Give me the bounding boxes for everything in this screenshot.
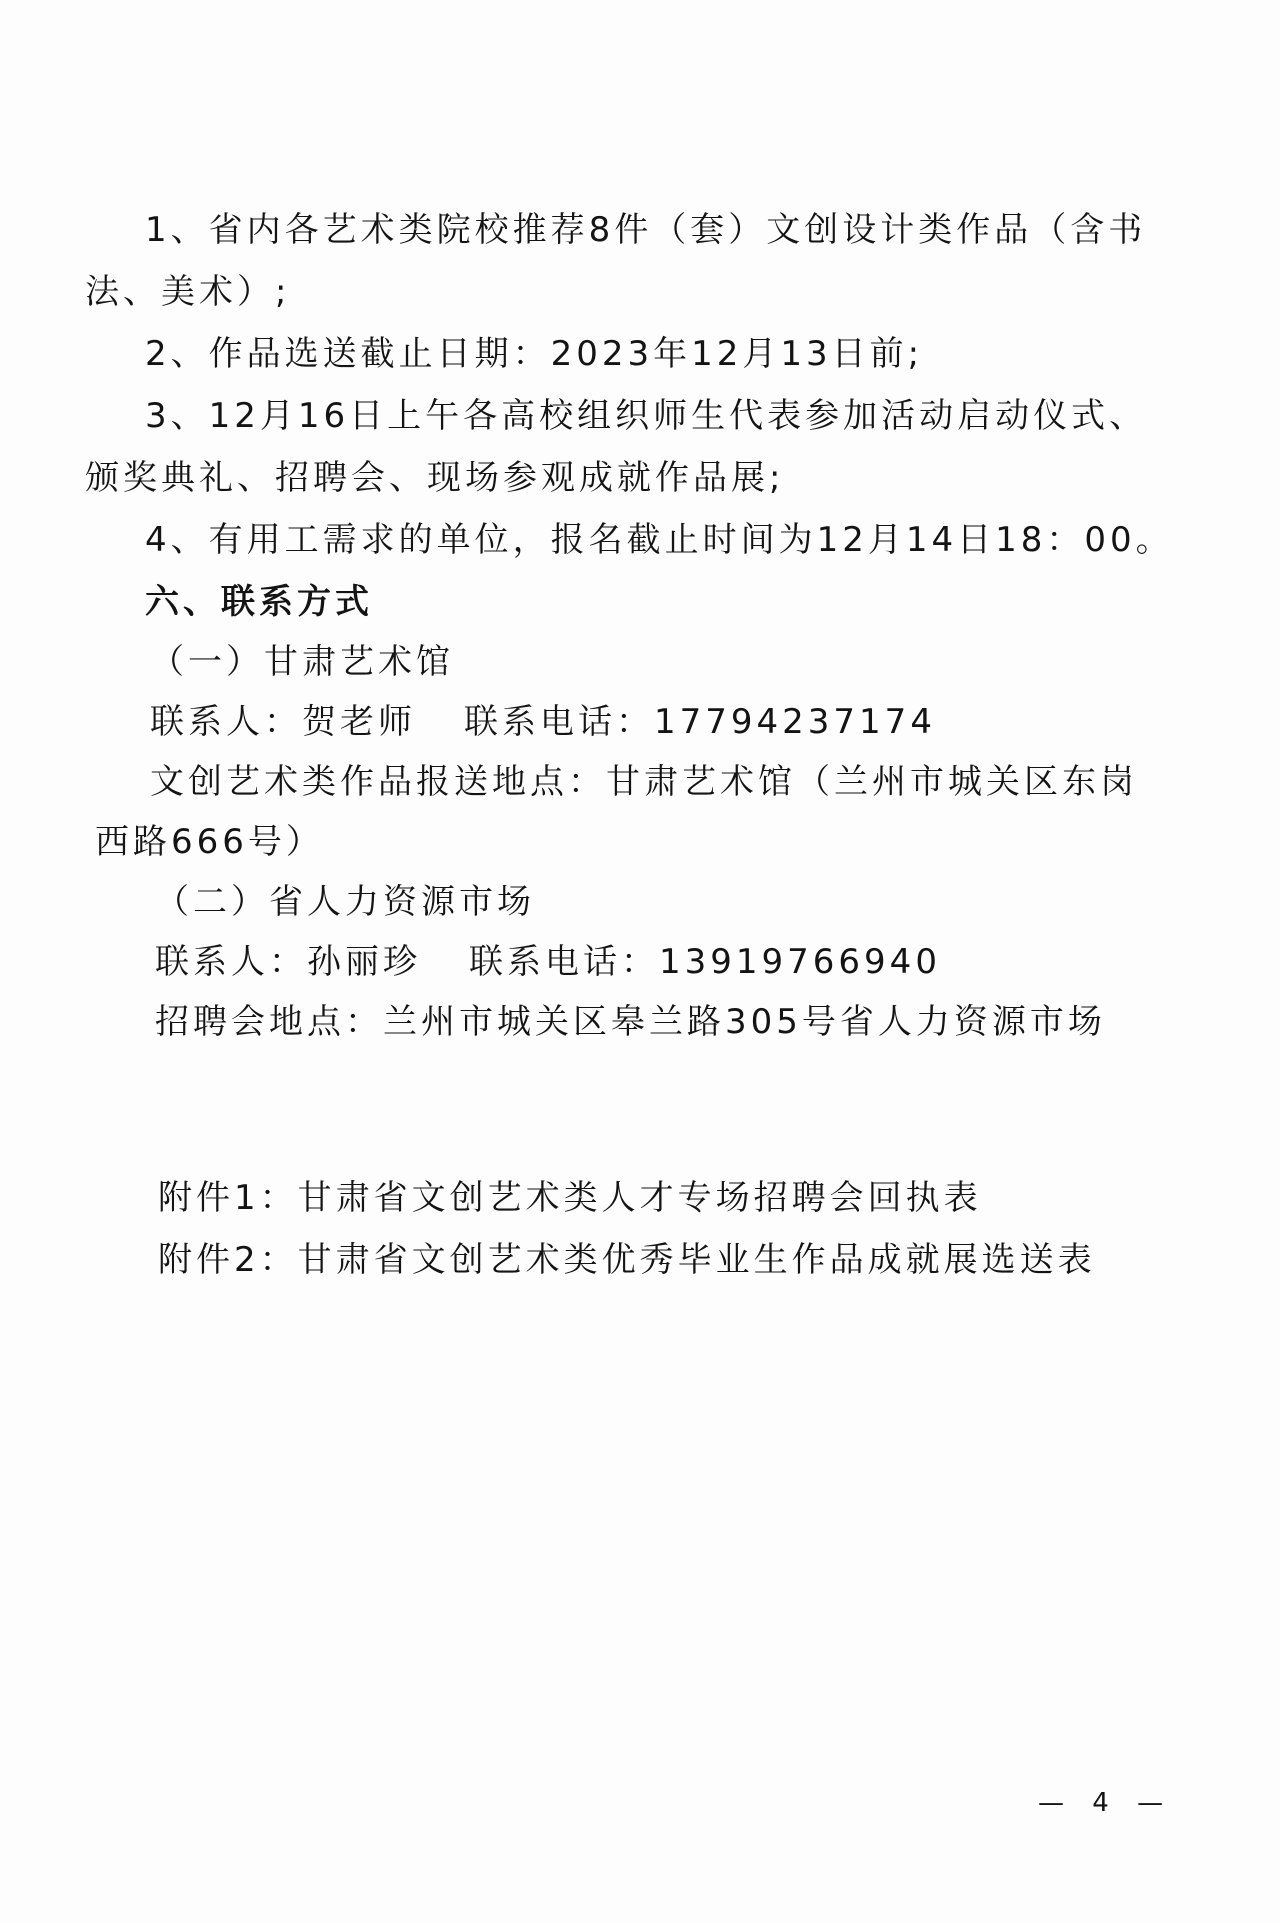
contact-1-person: 联系人：贺老师	[150, 702, 416, 742]
page-number: — 4 —	[1038, 1788, 1173, 1818]
contact-1-title: （一）甘肃艺术馆	[150, 642, 454, 682]
requirement-1-line-2: 法、美术）;	[85, 272, 290, 312]
contact-1-info: 联系人：贺老师联系电话：17794237174	[150, 702, 936, 742]
requirement-1-line-1: 1、省内各艺术类院校推荐8件（套）文创设计类作品（含书	[145, 210, 1146, 250]
contact-1-phone: 联系电话：17794237174	[464, 702, 936, 742]
document-page: 1、省内各艺术类院校推荐8件（套）文创设计类作品（含书 法、美术）; 2、作品选…	[0, 0, 1280, 1923]
contact-2-title: （二）省人力资源市场	[155, 882, 535, 922]
attachment-1: 附件1：甘肃省文创艺术类人才专场招聘会回执表	[158, 1178, 982, 1218]
contact-2-phone: 联系电话：13919766940	[469, 942, 941, 982]
contact-2-person: 联系人：孙丽珍	[155, 942, 421, 982]
contact-2-address: 招聘会地点：兰州市城关区皋兰路305号省人力资源市场	[155, 1002, 1106, 1042]
section-heading-contact: 六、联系方式	[145, 582, 373, 622]
requirement-2: 2、作品选送截止日期：2023年12月13日前;	[145, 334, 923, 374]
requirement-3-line-1: 3、12月16日上午各高校组织师生代表参加活动启动仪式、	[145, 396, 1147, 436]
contact-2-info: 联系人：孙丽珍联系电话：13919766940	[155, 942, 941, 982]
requirement-3-line-2: 颁奖典礼、招聘会、现场参观成就作品展;	[85, 458, 784, 498]
contact-1-address-line-1: 文创艺术类作品报送地点：甘肃艺术馆（兰州市城关区东岗	[150, 762, 1138, 802]
requirement-4: 4、有用工需求的单位，报名截止时间为12月14日18：00。	[145, 520, 1174, 560]
attachment-2: 附件2：甘肃省文创艺术类优秀毕业生作品成就展选送表	[158, 1240, 1096, 1280]
contact-1-address-line-2: 西路666号）	[95, 822, 324, 862]
